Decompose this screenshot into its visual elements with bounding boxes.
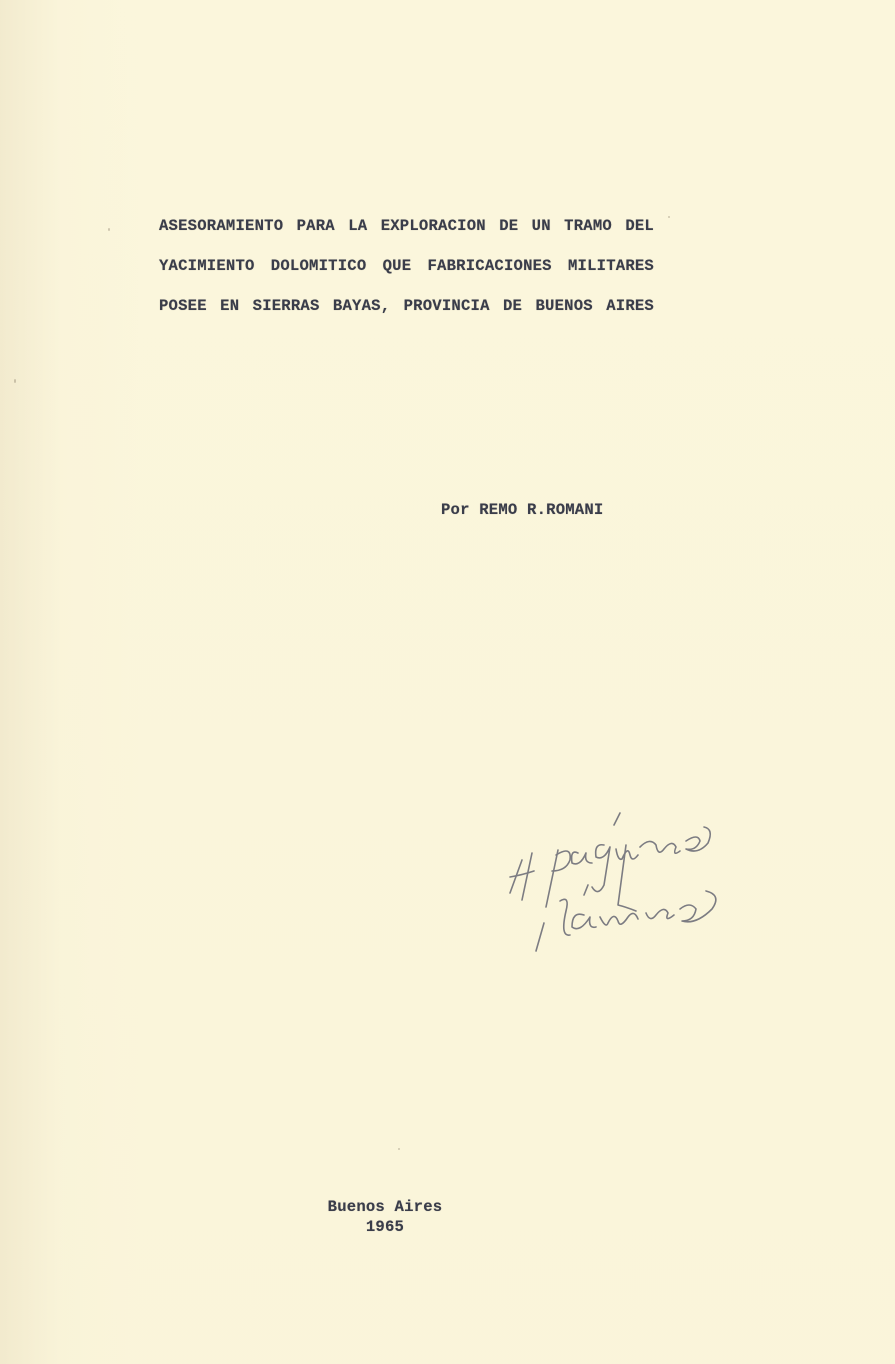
publication-place: Buenos Aires xyxy=(300,1197,470,1217)
pencil-scribble-icon xyxy=(500,805,790,955)
document-page: ASESORAMIENTO PARA LA EXPLORACION DE UN … xyxy=(0,0,895,1364)
title-line-1: ASESORAMIENTO PARA LA EXPLORACION DE UN … xyxy=(159,217,654,235)
handwritten-pencil-note: 4 páginas 1 lámina xyxy=(500,805,790,955)
paper-speck xyxy=(398,1148,400,1150)
paper-speck xyxy=(108,228,110,231)
publication-year: 1965 xyxy=(300,1217,470,1237)
title-line-3: POSEE EN SIERRAS BAYAS, PROVINCIA DE BUE… xyxy=(159,297,654,315)
paper-speck xyxy=(14,379,16,383)
author-byline: Por REMO R.ROMANI xyxy=(441,501,603,519)
title-line-2: YACIMIENTO DOLOMITICO QUE FABRICACIONES … xyxy=(159,257,654,275)
paper-speck xyxy=(668,216,670,218)
handwritten-note-line-2: 1 lámina xyxy=(500,805,504,806)
